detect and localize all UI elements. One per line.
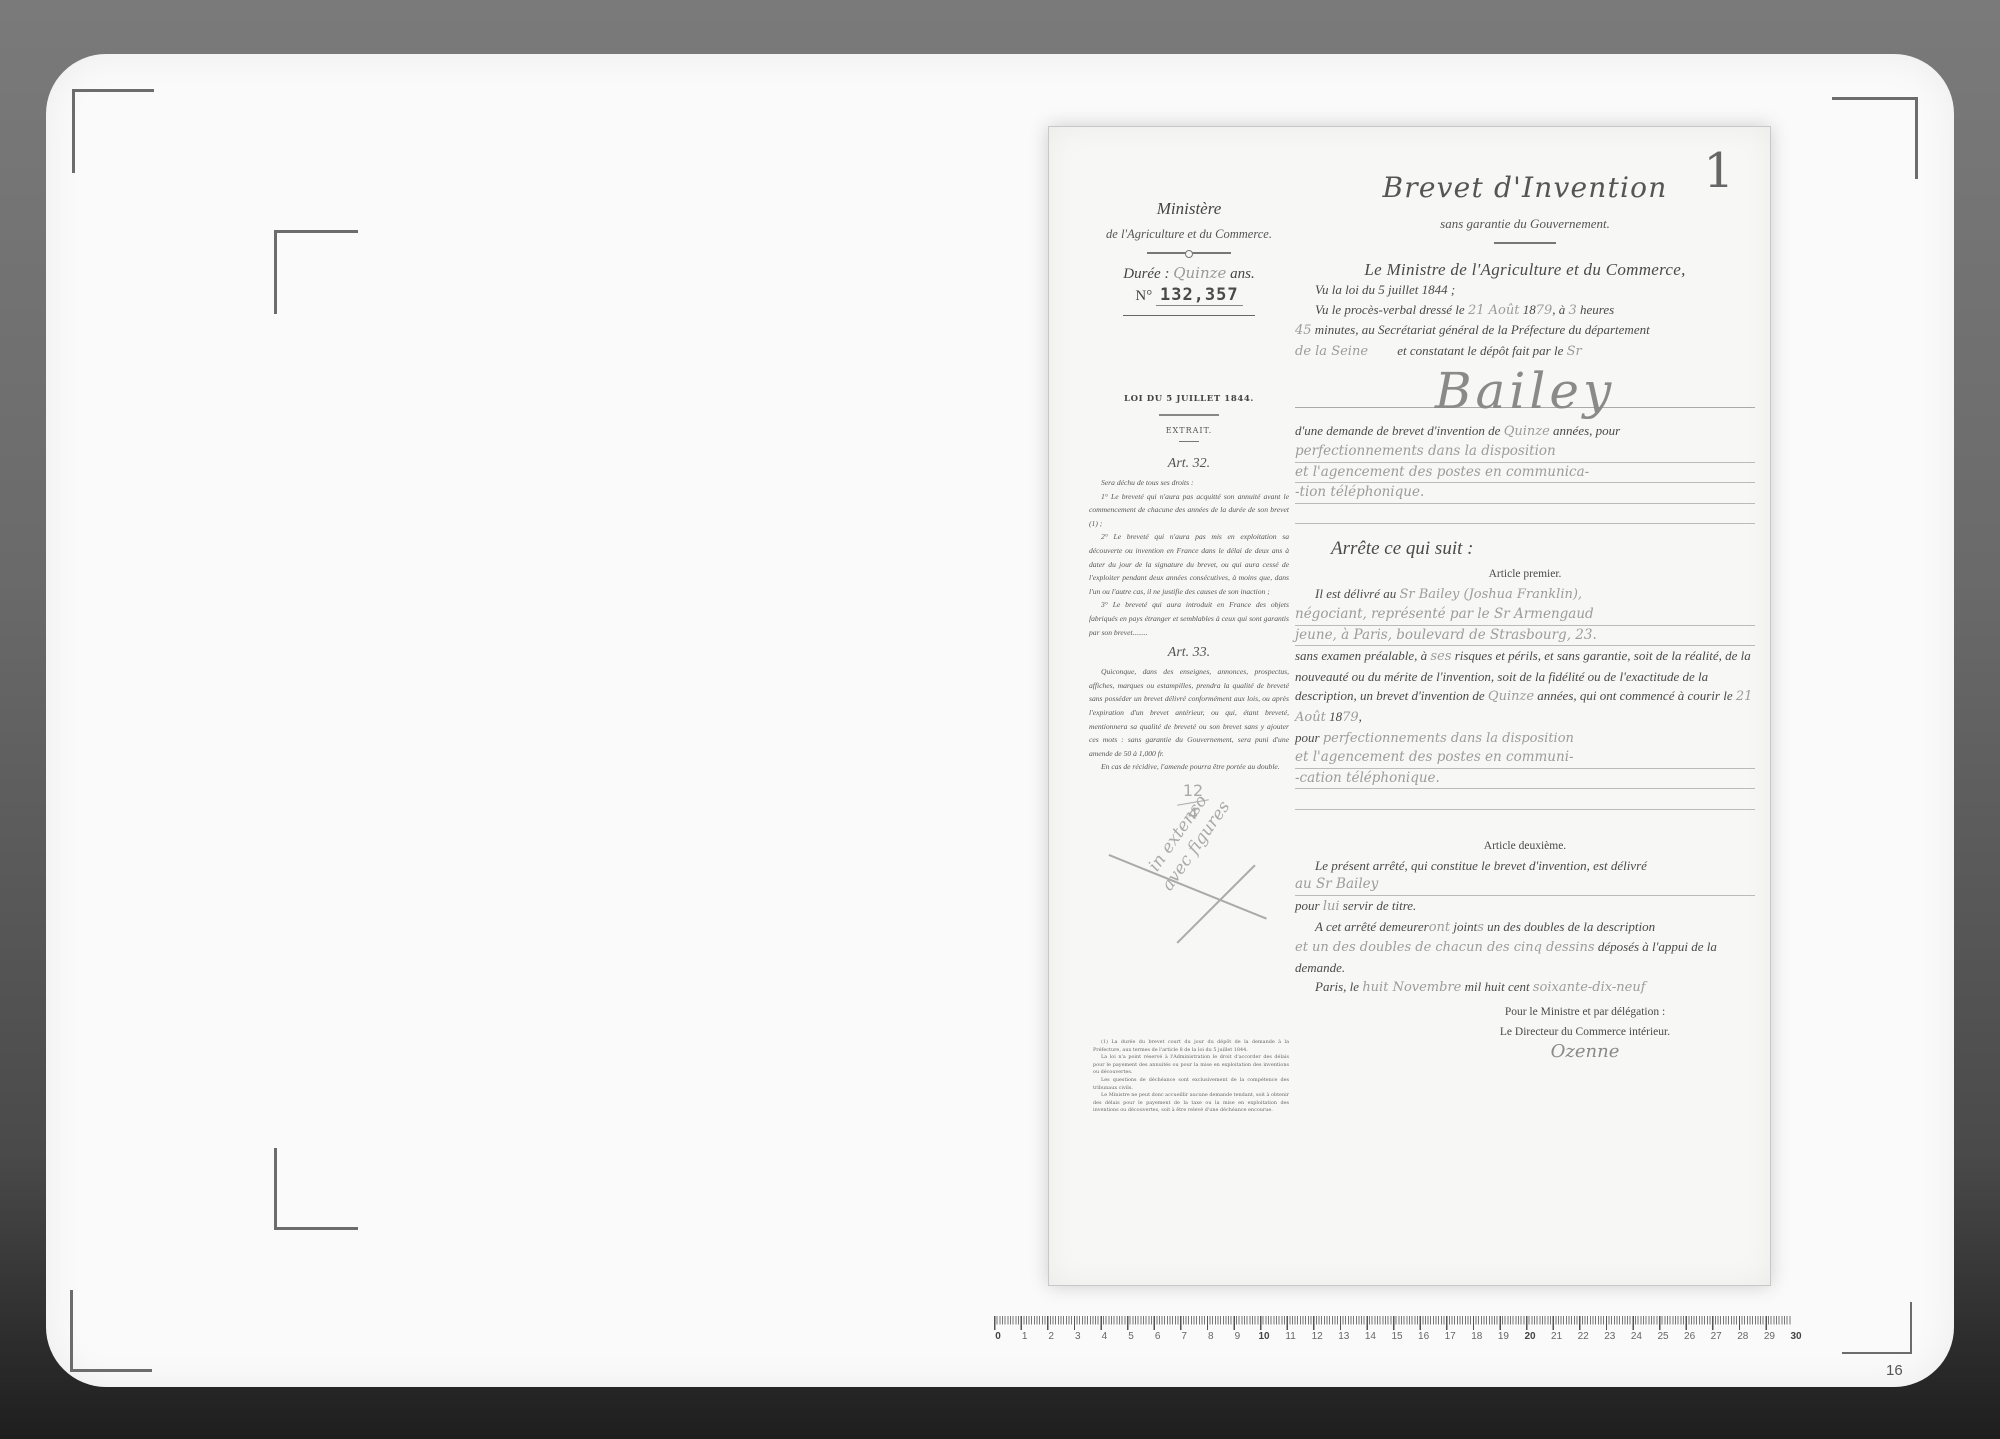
numero-label: N°	[1135, 288, 1152, 304]
text: servir de titre.	[1343, 898, 1417, 913]
art32-text: Sera déchu de tous ses droits : 1° Le br…	[1089, 476, 1289, 639]
scale-ruler: 0 1 2 3 4 5 6 7 8 9 10 11 12 13 14 15 16…	[990, 1313, 1800, 1349]
patent-document: 1 Ministère de l'Agriculture et du Comme…	[1048, 126, 1771, 1286]
art2-text: Le présent arrêté, qui constitue le brev…	[1295, 856, 1755, 876]
art1-object-line: -cation téléphonique.	[1295, 769, 1755, 790]
text: Il est délivré au	[1315, 586, 1396, 601]
text: un des doubles de la description	[1487, 919, 1655, 934]
ruler-label: 8	[1201, 1331, 1221, 1342]
crop-mark-bottom-left	[70, 1290, 152, 1372]
ruler-label: 5	[1121, 1331, 1141, 1342]
ruler-label: 21	[1547, 1331, 1567, 1342]
art1-ses: ses	[1430, 649, 1451, 664]
text: et constatant le dépôt fait par le	[1397, 343, 1563, 358]
footnote: Le Ministre ne peut donc accueillir aucu…	[1093, 1092, 1289, 1115]
ruler-label: 9	[1227, 1331, 1247, 1342]
article1-body: Il est délivré au Sr Bailey (Joshua Fran…	[1295, 584, 1755, 810]
art33-text: Quiconque, dans des enseignes, annonces,…	[1089, 665, 1289, 774]
ruler-label: 25	[1653, 1331, 1673, 1342]
art2-dessins-line: et un des doubles de chacun des cinq des…	[1295, 937, 1755, 977]
ruler-label: 18	[1467, 1331, 1487, 1342]
blank-line	[1295, 789, 1755, 810]
demande-line: d'une demande de brevet d'invention de Q…	[1295, 421, 1755, 442]
text: heures	[1580, 302, 1614, 317]
divider	[1159, 414, 1219, 416]
text: 18	[1523, 302, 1536, 317]
footnote: Les questions de déchéance sont exclusiv…	[1093, 1077, 1289, 1092]
art1-recipient-line: Il est délivré au Sr Bailey (Joshua Fran…	[1295, 584, 1755, 605]
footnotes: (1) La durée du brevet court du jour du …	[1093, 1039, 1289, 1115]
art1-recipient: Sr Bailey (Joshua Franklin),	[1399, 587, 1582, 602]
art1-recipient-detail: négociant, représenté par le Sr Armengau…	[1295, 605, 1755, 626]
pv-minutes: 45	[1295, 323, 1312, 338]
ornament-divider	[1147, 252, 1231, 254]
duree-unit: ans.	[1230, 266, 1255, 282]
ornament-divider	[1494, 242, 1556, 244]
ruler-label: 7	[1174, 1331, 1194, 1342]
duree-label: Durée :	[1123, 266, 1169, 282]
ruler-label: 17	[1440, 1331, 1460, 1342]
ruler-label: 14	[1360, 1331, 1380, 1342]
invention-object-line: -tion téléphonique.	[1295, 483, 1755, 504]
footnote: La loi n'a point réservé à l'Administrat…	[1093, 1054, 1289, 1077]
art2-recipient: au Sr Bailey	[1295, 875, 1755, 896]
law-title: LOI DU 5 JUILLET 1844.	[1089, 394, 1289, 404]
art2-joint-line: A cet arrêté demeureront joints un des d…	[1295, 917, 1755, 938]
ruler-label: 3	[1068, 1331, 1088, 1342]
ruler-cm-ticks	[994, 1316, 1792, 1330]
divider	[1123, 315, 1255, 316]
crop-mark-inner-top-left	[274, 230, 358, 314]
art1-recipient-detail: jeune, à Paris, boulevard de Strasbourg,…	[1295, 626, 1755, 647]
left-column: Ministère de l'Agriculture et du Commerc…	[1089, 127, 1289, 984]
art2-dessins: et un des doubles de chacun des cinq des…	[1295, 940, 1595, 955]
pv-minutes-line: 45 minutes, au Secrétariat général de la…	[1295, 320, 1755, 341]
signature-line: Pour le Ministre et par délégation :	[1415, 1002, 1755, 1022]
extrait-label: EXTRAIT.	[1089, 426, 1289, 435]
ruler-label: 2	[1041, 1331, 1061, 1342]
text: pour	[1295, 898, 1320, 913]
article1-heading: Article premier.	[1295, 568, 1755, 580]
art1-year: 79	[1342, 710, 1359, 725]
annotation-note: in extenso avec figures	[1139, 784, 1235, 895]
numero-field: N° 132,357	[1089, 285, 1289, 305]
footnote: (1) La durée du brevet court du jour du …	[1093, 1039, 1289, 1054]
art1-duree: Quinze	[1488, 689, 1534, 704]
depositor-name: Bailey	[1435, 362, 1615, 420]
departement-line: de la Seine et constatant le dépôt fait …	[1295, 341, 1755, 362]
ruler-label: 26	[1680, 1331, 1700, 1342]
art32-heading: Art. 32.	[1089, 456, 1289, 472]
preamble: Vu la loi du 5 juillet 1844 ; Vu le proc…	[1295, 280, 1755, 524]
text: années, pour	[1553, 423, 1620, 438]
arrete-heading: Arrête ce qui suit :	[1295, 538, 1755, 560]
ruler-label: 6	[1148, 1331, 1168, 1342]
text: joint	[1453, 919, 1477, 934]
text: A cet arrêté demeurer	[1315, 919, 1429, 934]
patent-number: 132,357	[1156, 285, 1243, 306]
ruler-label: 27	[1706, 1331, 1726, 1342]
ruler-label: 23	[1600, 1331, 1620, 1342]
ruler-label: 4	[1094, 1331, 1114, 1342]
ruler-label: 12	[1307, 1331, 1327, 1342]
art2-lui: lui	[1323, 899, 1340, 914]
divider	[1179, 441, 1199, 442]
duree-field: Durée : Quinze ans.	[1089, 264, 1289, 283]
signature: Ozenne	[1415, 1042, 1755, 1062]
ruler-label: 28	[1733, 1331, 1753, 1342]
ministry-department: de l'Agriculture et du Commerce.	[1089, 227, 1289, 242]
text: 18	[1329, 709, 1342, 724]
pencil-annotation: 12 4 in extenso avec figures	[1089, 774, 1289, 984]
art2-titre-line: pour lui servir de titre.	[1295, 896, 1755, 917]
ruler-label: 1	[1015, 1331, 1035, 1342]
plate-number: 16	[1886, 1362, 1903, 1379]
date-line: Paris, le huit Novembre mil huit cent so…	[1295, 977, 1755, 998]
ruler-label: 24	[1626, 1331, 1646, 1342]
art2-ont: ont	[1429, 920, 1450, 935]
ruler-label: 30	[1786, 1331, 1806, 1342]
ministry-name: Ministère	[1089, 199, 1289, 219]
signature-line: Le Directeur du Commerce intérieur.	[1415, 1022, 1755, 1042]
departement: de la Seine	[1295, 344, 1368, 359]
article2-body: Le présent arrêté, qui constitue le brev…	[1295, 856, 1755, 998]
art33-heading: Art. 33.	[1089, 645, 1289, 661]
invention-object-line: perfectionnements dans la disposition	[1295, 442, 1755, 463]
document-title: Brevet d'Invention	[1295, 171, 1755, 204]
demande-duree: Quinze	[1504, 424, 1550, 439]
ruler-label: 29	[1759, 1331, 1779, 1342]
text: années, qui ont commencé à courir le	[1537, 688, 1732, 703]
text: Paris, le	[1315, 979, 1359, 994]
crop-mark-top-right	[1832, 97, 1918, 179]
ruler-label: 0	[988, 1331, 1008, 1342]
signing-date: huit Novembre	[1362, 980, 1461, 995]
law-paragraph: 2° Le breveté qui n'aura pas mis en expl…	[1089, 530, 1289, 598]
crop-mark-top-left	[72, 89, 154, 173]
art1-object-line: pour perfectionnements dans la dispositi…	[1295, 728, 1755, 749]
pv-hours: 3	[1569, 303, 1577, 318]
right-column: Brevet d'Invention sans garantie du Gouv…	[1295, 127, 1755, 1062]
law-paragraph: Quiconque, dans des enseignes, annonces,…	[1089, 665, 1289, 760]
ruler-labels: 0 1 2 3 4 5 6 7 8 9 10 11 12 13 14 15 16…	[990, 1331, 1802, 1347]
art1-object: perfectionnements dans la disposition	[1323, 731, 1574, 746]
pv-year: 79	[1536, 303, 1553, 318]
ruler-label: 11	[1281, 1331, 1301, 1342]
signature-block: Pour le Ministre et par délégation : Le …	[1295, 1002, 1755, 1062]
art2-s: s	[1477, 920, 1484, 935]
ruler-label: 20	[1520, 1331, 1540, 1342]
pv-date: 21 Août	[1468, 303, 1520, 318]
ruler-label: 16	[1414, 1331, 1434, 1342]
blank-line	[1295, 504, 1755, 525]
law-paragraph: 1° Le breveté qui n'aura pas acquitté so…	[1089, 490, 1289, 531]
crop-mark-bottom-right	[1842, 1302, 1912, 1354]
art1-object-line: et l'agencement des postes en communi-	[1295, 748, 1755, 769]
duree-value: Quinze	[1173, 264, 1226, 282]
ruler-label: 15	[1387, 1331, 1407, 1342]
text: d'une demande de brevet d'invention de	[1295, 423, 1500, 438]
text: minutes, au Secrétariat général de la Pr…	[1315, 322, 1650, 337]
text: mil huit cent	[1465, 979, 1530, 994]
text: pour	[1295, 730, 1320, 745]
minister-heading: Le Ministre de l'Agriculture et du Comme…	[1295, 260, 1755, 280]
article2-heading: Article deuxième.	[1295, 840, 1755, 852]
ruler-label: 22	[1573, 1331, 1593, 1342]
ruler-label: 10	[1254, 1331, 1274, 1342]
crop-mark-inner-bottom-left	[274, 1148, 358, 1230]
text: sans examen préalable, à	[1295, 648, 1427, 663]
text: , à	[1552, 302, 1565, 317]
vu-proces-verbal: Vu le procès-verbal dressé le 21 Août 18…	[1295, 300, 1755, 321]
ruler-label: 19	[1493, 1331, 1513, 1342]
art1-conditions: sans examen préalable, à ses risques et …	[1295, 646, 1755, 727]
signing-year: soixante-dix-neuf	[1533, 980, 1646, 995]
text: Vu le procès-verbal dressé le	[1315, 302, 1465, 317]
law-paragraph: Sera déchu de tous ses droits :	[1089, 476, 1289, 490]
document-subtitle: sans garantie du Gouvernement.	[1295, 216, 1755, 232]
depositor-title: Sr	[1567, 344, 1582, 359]
ruler-label: 13	[1334, 1331, 1354, 1342]
depositor-name-line: Bailey	[1295, 361, 1755, 421]
law-paragraph: En cas de récidive, l'amende pourra être…	[1089, 760, 1289, 774]
spacer	[1295, 810, 1755, 832]
invention-object-line: et l'agencement des postes en communica-	[1295, 463, 1755, 484]
law-paragraph: 3° Le breveté qui aura introduit en Fran…	[1089, 598, 1289, 639]
vu-loi: Vu la loi du 5 juillet 1844 ;	[1295, 280, 1755, 300]
